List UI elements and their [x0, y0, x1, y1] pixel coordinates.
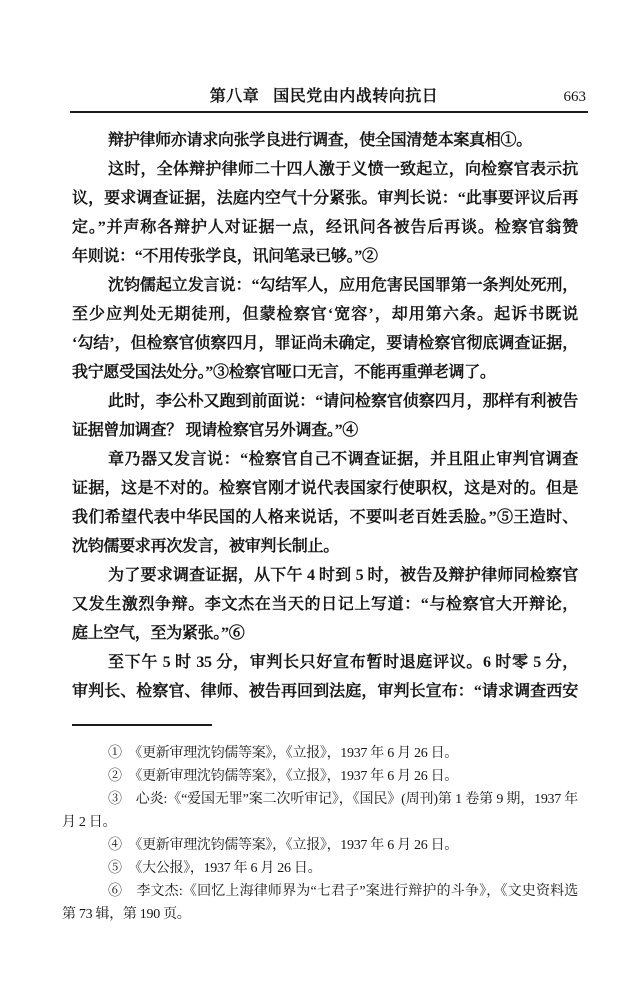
- body-text-line: 此时，李公朴又跑到前面说：“请问检察官侦察四月，那样有利被告: [72, 387, 578, 416]
- body-text-line: 我宁愿受国法处分。”③检察官哑口无言，不能再重弹老调了。: [72, 358, 578, 387]
- running-head-title: 第八章国民党由内战转向抗日: [62, 86, 586, 108]
- body-text-line: 为了要求调查证据，从下午 4 时到 5 时，被告及辩护律师同检察官: [72, 561, 578, 590]
- body-text-line: 我们希望代表中华民国的人格来说话，不要叫老百姓丢脸。”⑤王造时、: [72, 503, 578, 532]
- footnote-line: ④ 《更新审理沈钧儒等案》，《立报》，1937 年 6 月 26 日。: [62, 834, 578, 857]
- body-text-line: 又发生激烈争辩。李文杰在当天的日记上写道：“与检察官大开辩论，: [72, 590, 578, 619]
- chapter-title: 国民党由内战转向抗日: [273, 88, 438, 105]
- running-head: 第八章国民党由内战转向抗日 663: [62, 86, 586, 108]
- chapter-label: 第八章: [210, 88, 260, 105]
- body-text-line: 至下午 5 时 35 分，审判长只好宣布暂时退庭评议。6 时零 5 分，: [72, 648, 578, 677]
- body-text-line: 年则说：“不用传张学良，讯问笔录已够。”②: [72, 242, 578, 271]
- body-text-line: 章乃器又发言说：“检察官自己不调查证据，并且阻止审判官调查: [72, 445, 578, 474]
- footnote-line: ⑤ 《大公报》，1937 年 6 月 26 日。: [62, 857, 578, 880]
- footnote-line: ① 《更新审理沈钧儒等案》，《立报》，1937 年 6 月 26 日。: [62, 742, 578, 765]
- body-text-line: 审判长、检察官、律师、被告再回到法庭，审判长宣布：“请求调查西安事: [72, 677, 578, 706]
- footnote-line: ⑥ 李文杰:《回忆上海律师界为“七君子”案进行辩护的斗争》，《文史资料选辑》: [62, 880, 578, 903]
- body-text-line: ‘勾结’，但检察官侦察四月，罪证尚未确定，要请检察官彻底调查证据，: [72, 329, 578, 358]
- body-text-line: 至少应判处无期徒刑，但蒙检察官‘宽容’，却用第六条。起诉书既说: [72, 300, 578, 329]
- body-text-block: 辩护律师亦请求向张学良进行调查，使全国清楚本案真相①。这时，全体辩护律师二十四人…: [72, 126, 578, 706]
- body-text-line: 这时，全体辩护律师二十四人激于义愤一致起立，向检察官表示抗: [72, 155, 578, 184]
- body-text-line: 辩护律师亦请求向张学良进行调查，使全国清楚本案真相①。: [72, 126, 578, 155]
- header-rule: [70, 111, 588, 113]
- body-text-line: 沈钧儒起立发言说：“勾结军人，应用危害民国罪第一条判处死刑，: [72, 271, 578, 300]
- footnotes-block: ① 《更新审理沈钧儒等案》，《立报》，1937 年 6 月 26 日。② 《更新…: [62, 742, 578, 926]
- page-number: 663: [564, 86, 587, 108]
- footnote-line: ② 《更新审理沈钧儒等案》，《立报》，1937 年 6 月 26 日。: [62, 765, 578, 788]
- body-text-line: 庭上空气，至为紧张。”⑥: [72, 619, 578, 648]
- footnote-line: 第 73 辑，第 190 页。: [62, 903, 578, 926]
- footnote-line: 月 2 日。: [62, 811, 578, 834]
- book-page: 第八章国民党由内战转向抗日 663 辩护律师亦请求向张学良进行调查，使全国清楚本…: [0, 0, 644, 1000]
- body-text-line: 定。”并声称各辩护人对证据一点，经讯问各被告后再谈。检察官翁赞: [72, 213, 578, 242]
- footnote-line: ③ 心炎:《“爱国无罪”案二次听审记》，《国民》(周刊)第 1 卷第 9 期，1…: [62, 788, 578, 811]
- body-text-line: 证据曾加调查？ 现请检察官另外调查。”④: [72, 416, 578, 445]
- body-text-line: 沈钧儒要求再次发言，被审判长制止。: [72, 532, 578, 561]
- body-text-line: 议，要求调查证据，法庭内空气十分紧张。审判长说：“此事要评议后再: [72, 184, 578, 213]
- body-text-line: 证据，这是不对的。检察官刚才说代表国家行使职权，这是对的。但是: [72, 474, 578, 503]
- footnote-separator: [72, 724, 212, 726]
